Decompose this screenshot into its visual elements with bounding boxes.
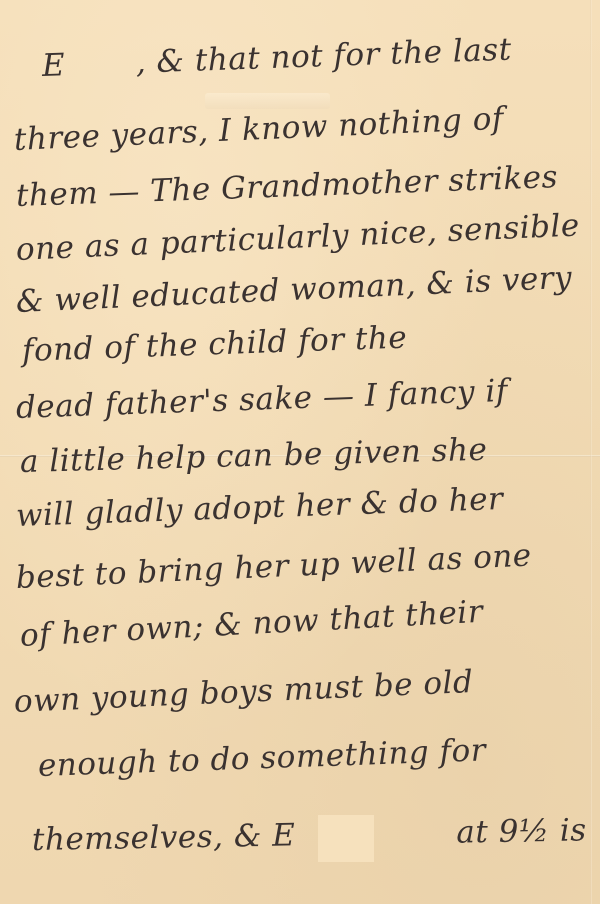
letter-line-9: will gladly adopt her & do her [15, 481, 504, 534]
redaction-box [318, 815, 374, 862]
letter-line-11: of her own; & now that their [19, 594, 484, 654]
letter-line-6: fond of the child for the [21, 320, 407, 369]
letter-line-13: enough to do something for [37, 732, 486, 784]
letter-line-14: themselves, & E at 9½ is [32, 812, 587, 858]
letter-line-4: one as a particularly nice, sensible [15, 207, 580, 268]
fold-crease-vertical [590, 0, 592, 904]
letter-line-12: own young boys must be old [13, 664, 474, 720]
letter-line-3: them — The Grandmother strikes [15, 159, 558, 214]
letter-line-10: best to bring her up well as one [15, 538, 532, 596]
letter-line-5: & well educated woman, & is very [15, 260, 573, 320]
embossed-letterhead [205, 93, 330, 109]
letter-line-2: three years, I know nothing of [13, 101, 504, 158]
letter-line-8: a little help can be given she [20, 432, 488, 480]
letter-line-1: E , & that not for the last [41, 32, 512, 84]
letter-page: E , & that not for the last three years,… [0, 0, 600, 904]
letter-line-7: dead father's sake — I fancy if [15, 373, 508, 426]
